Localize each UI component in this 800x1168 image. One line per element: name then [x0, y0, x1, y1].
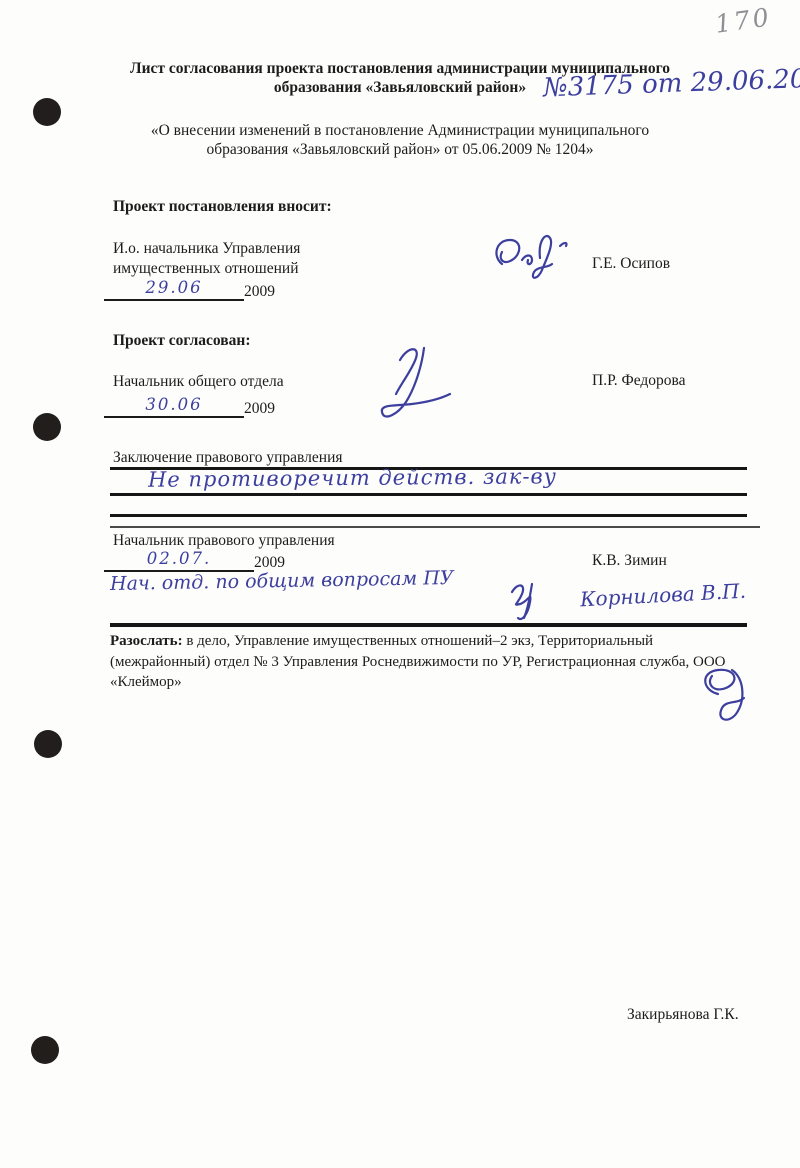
agreed-position: Начальник общего отдела [113, 372, 284, 392]
punch-hole-mark [33, 413, 61, 441]
second-signer-handwritten: Корнилова В.П. [579, 579, 746, 612]
submit-signer-name: Г.Е. Осипов [592, 254, 670, 274]
legal-conclusion-handwritten: Не противоречит действ. зак-ву [148, 464, 557, 492]
legal-date-row: 02.07.2009 [104, 549, 285, 572]
distribution-text: в дело, Управление имущественных отношен… [110, 633, 726, 690]
legal-date-handwritten: 02.07. [147, 549, 211, 568]
legal-position: Начальник правового управления [113, 531, 335, 551]
legal-conclusion-label: Заключение правового управления [113, 448, 343, 468]
legal-note-handwritten: Нач. отд. по общим вопросам ПУ [110, 567, 454, 595]
legal-signer-name: К.В. Зимин [592, 551, 667, 571]
date-line: 02.07. [104, 549, 254, 572]
distribution-label: Разослать: [110, 633, 183, 649]
ruled-line [110, 493, 747, 496]
punch-hole-mark [31, 1036, 59, 1064]
signature-osipov [488, 230, 580, 285]
ruled-line [110, 514, 747, 517]
submit-position-line-2: имущественных отношений [113, 259, 300, 279]
punch-hole-mark [34, 730, 62, 758]
signature-distribution [688, 660, 773, 730]
agreed-date-row: 30.062009 [104, 395, 275, 418]
punch-hole-mark [33, 98, 61, 126]
distribution-paragraph: Разослать: в дело, Управление имуществен… [110, 631, 755, 693]
submit-position: И.о. начальника Управления имущественных… [113, 239, 300, 279]
document-subtitle: «О внесении изменений в постановление Ад… [70, 121, 730, 159]
agreed-date-year: 2009 [244, 400, 275, 417]
signature-fedorova [372, 342, 467, 432]
legal-date-year: 2009 [254, 554, 285, 571]
page-number-handwritten: 170 [713, 2, 773, 39]
date-line: 29.06 [104, 278, 244, 301]
agreed-section-heading: Проект согласован: [113, 331, 251, 351]
submit-date-handwritten: 29.06 [145, 278, 202, 297]
submit-date-year: 2009 [244, 283, 275, 300]
executor-name: Закирьянова Г.К. [627, 1005, 739, 1025]
submit-date-row: 29.062009 [104, 278, 275, 301]
scanned-approval-sheet: 170 Лист согласования проекта постановле… [0, 0, 800, 1168]
signature-zimin [502, 576, 552, 626]
ruled-line-thin [110, 526, 760, 528]
agreed-signer-name: П.Р. Федорова [592, 371, 686, 391]
submit-section-heading: Проект постановления вносит: [113, 197, 332, 217]
submit-position-line-1: И.о. начальника Управления [113, 239, 300, 259]
subtitle-line-2: образования «Завьяловский район» от 05.0… [70, 140, 730, 159]
subtitle-line-1: «О внесении изменений в постановление Ад… [70, 121, 730, 140]
date-line: 30.06 [104, 395, 244, 418]
ruled-line [110, 623, 747, 627]
agreed-date-handwritten: 30.06 [145, 395, 202, 414]
